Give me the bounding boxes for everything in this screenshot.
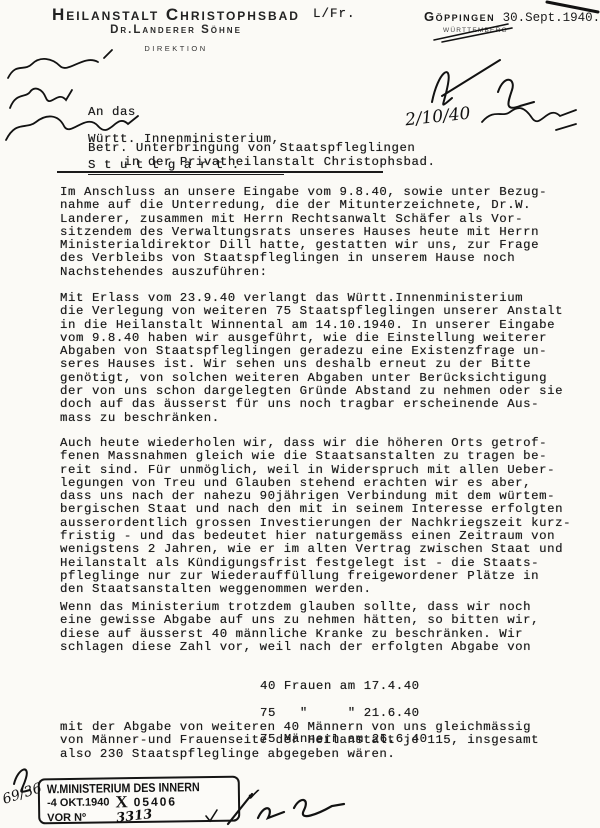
paragraph-5: mit der Abgabe von weiteren 40 Männern v… [60, 721, 592, 761]
stamp-x-mark: X [115, 796, 127, 808]
letter-date: 30.Sept.1940. [495, 11, 600, 25]
stamp-number: 05406 [134, 794, 178, 809]
margin-note-scribble-1 [8, 50, 112, 78]
letterhead-institution: Heilanstalt Christophsbad [36, 5, 316, 25]
stamp-vor-label: VOR Nº [47, 812, 86, 825]
place-and-date: Göppingen 30.Sept.1940. [424, 9, 600, 25]
reference-mark: L/Fr. [313, 8, 356, 21]
paragraph-1: Im Anschluss an unsere Eingabe vom 9.8.4… [60, 186, 592, 279]
transfer-list-item-2: 75 " " 21.6.40 [260, 706, 420, 720]
recipient-line1: An das [88, 105, 136, 119]
place-name: Göppingen [424, 9, 495, 24]
subject-underline [57, 171, 383, 173]
paragraph-3: Auch heute wiederholen wir, dass wir die… [60, 437, 596, 597]
paragraph-2: Mit Erlass vom 23.9.40 verlangt das Würt… [60, 292, 592, 425]
letterhead-subtitle: Dr.Landerer Söhne [36, 24, 316, 36]
ministry-receipt-stamp: W.MINISTERIUM DES INNERN -4 OKT.1940 X 0… [38, 776, 241, 825]
letterhead-department: DIREKTION [36, 44, 316, 53]
stamp-date: -4 OKT.1940 [47, 796, 110, 809]
subject-line1: Betr. Unterbringung von Staatspfleglinge… [88, 142, 415, 155]
checkmark-annotation: ✓ [245, 783, 264, 807]
signature-initials-top [432, 60, 534, 108]
stamp-title: W.MINISTERIUM DES INNERN [47, 780, 207, 796]
signature-squiggle-right [482, 108, 576, 130]
scanned-letter-page: Heilanstalt Christophsbad Dr.Landerer Sö… [0, 0, 600, 828]
region-label: WÜRTTEMBERG [443, 27, 508, 34]
stamp-entry-number-handwritten: 3313 [115, 807, 153, 826]
subject-line2: in der Privatheilanstalt Christophsbad. [124, 156, 435, 169]
margin-note-scribble-2 [10, 89, 72, 108]
handwritten-date-note: 2/10/40 [404, 104, 471, 131]
transfer-list-item-1: 40 Frauen am 17.4.40 [260, 679, 420, 693]
paragraph-4: Wenn das Ministerium trotzdem glauben so… [60, 601, 592, 654]
